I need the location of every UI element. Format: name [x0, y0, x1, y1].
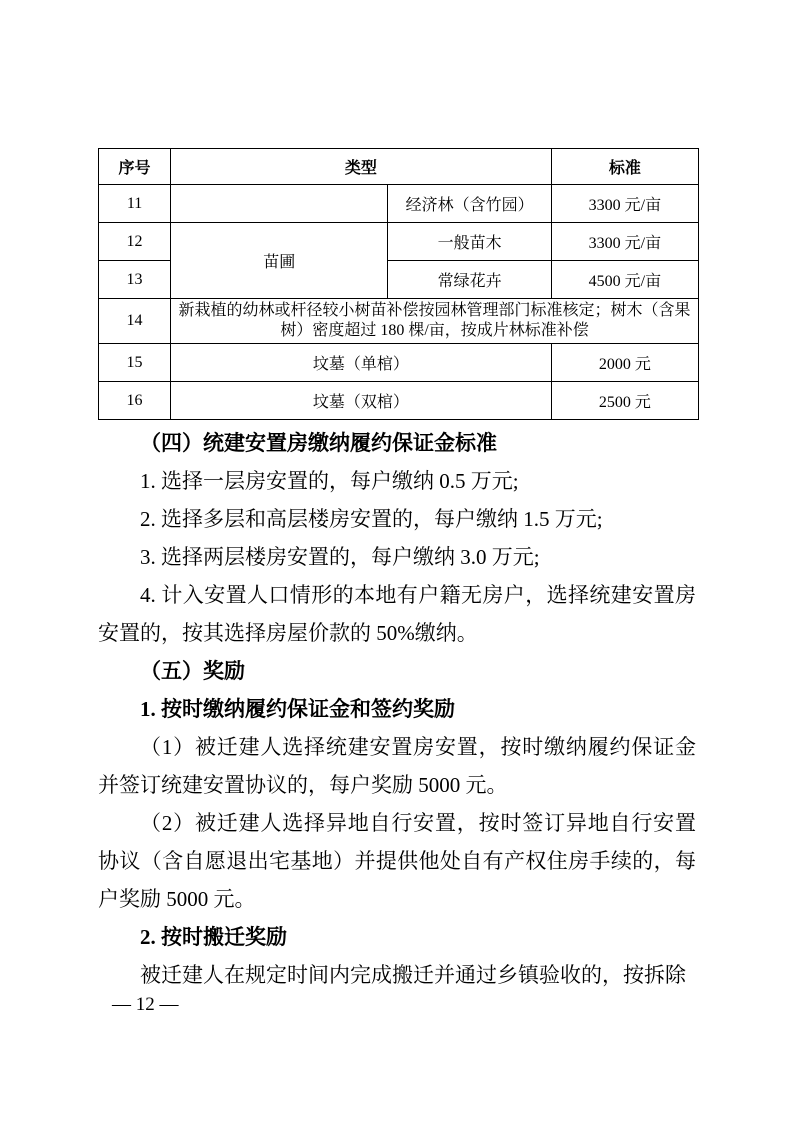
paragraph-reward-2: （2）被迁建人选择异地自行安置，按时签订异地自行安置协议（含自愿退出宅基地）并提… [98, 804, 696, 918]
table-row: 14 新栽植的幼林或杆径较小树苗补偿按园林管理部门标准核定；树木（含果树）密度超… [99, 299, 699, 344]
list-item-3: 3. 选择两层楼房安置的，每户缴纳 3.0 万元; [98, 538, 696, 576]
table-row: 16 坟墓（双棺） 2500 元 [99, 382, 699, 420]
cell-no: 13 [99, 261, 171, 299]
cell-no: 12 [99, 223, 171, 261]
cell-standard: 3300 元/亩 [551, 223, 698, 261]
cell-item: 坟墓（单棺） [171, 344, 552, 382]
cell-group-empty [171, 185, 388, 223]
cell-standard: 2000 元 [551, 344, 698, 382]
compensation-table: 序号 类型 标准 11 经济林（含竹园） 3300 元/亩 12 苗圃 一般苗木… [98, 148, 699, 420]
cell-no: 11 [99, 185, 171, 223]
table-row: 15 坟墓（单棺） 2000 元 [99, 344, 699, 382]
cell-item: 常绿花卉 [388, 261, 551, 299]
cell-standard: 2500 元 [551, 382, 698, 420]
section-heading-4: （四）统建安置房缴纳履约保证金标准 [98, 424, 696, 462]
table-row: 11 经济林（含竹园） 3300 元/亩 [99, 185, 699, 223]
cell-no: 15 [99, 344, 171, 382]
cell-item: 一般苗木 [388, 223, 551, 261]
header-type: 类型 [171, 149, 552, 185]
list-item-1: 1. 选择一层房安置的，每户缴纳 0.5 万元; [98, 462, 696, 500]
document-page: 序号 类型 标准 11 经济林（含竹园） 3300 元/亩 12 苗圃 一般苗木… [0, 0, 794, 1122]
table-header-row: 序号 类型 标准 [99, 149, 699, 185]
paragraph-reward-1: （1）被迁建人选择统建安置房安置，按时缴纳履约保证金并签订统建安置协议的，每户奖… [98, 728, 696, 804]
cell-note: 新栽植的幼林或杆径较小树苗补偿按园林管理部门标准核定；树木（含果树）密度超过 1… [171, 299, 699, 344]
list-item-2: 2. 选择多层和高层楼房安置的，每户缴纳 1.5 万元; [98, 500, 696, 538]
section-heading-5: （五）奖励 [98, 652, 696, 690]
subsection-heading-1: 1. 按时缴纳履约保证金和签约奖励 [98, 690, 696, 728]
cell-item: 坟墓（双棺） [171, 382, 552, 420]
cell-item: 经济林（含竹园） [388, 185, 551, 223]
header-no: 序号 [99, 149, 171, 185]
header-standard: 标准 [551, 149, 698, 185]
page-number: — 12 — [112, 994, 179, 1016]
cell-no: 16 [99, 382, 171, 420]
cell-no: 14 [99, 299, 171, 344]
document-body: （四）统建安置房缴纳履约保证金标准 1. 选择一层房安置的，每户缴纳 0.5 万… [98, 424, 696, 994]
cell-group-nursery: 苗圃 [171, 223, 388, 299]
cell-standard: 3300 元/亩 [551, 185, 698, 223]
list-item-4: 4. 计入安置人口情形的本地有户籍无房户，选择统建安置房安置的，按其选择房屋价款… [98, 576, 696, 652]
subsection-heading-2: 2. 按时搬迁奖励 [98, 918, 696, 956]
cell-standard: 4500 元/亩 [551, 261, 698, 299]
paragraph-move-reward: 被迁建人在规定时间内完成搬迁并通过乡镇验收的，按拆除 [98, 956, 696, 994]
table-row: 12 苗圃 一般苗木 3300 元/亩 [99, 223, 699, 261]
